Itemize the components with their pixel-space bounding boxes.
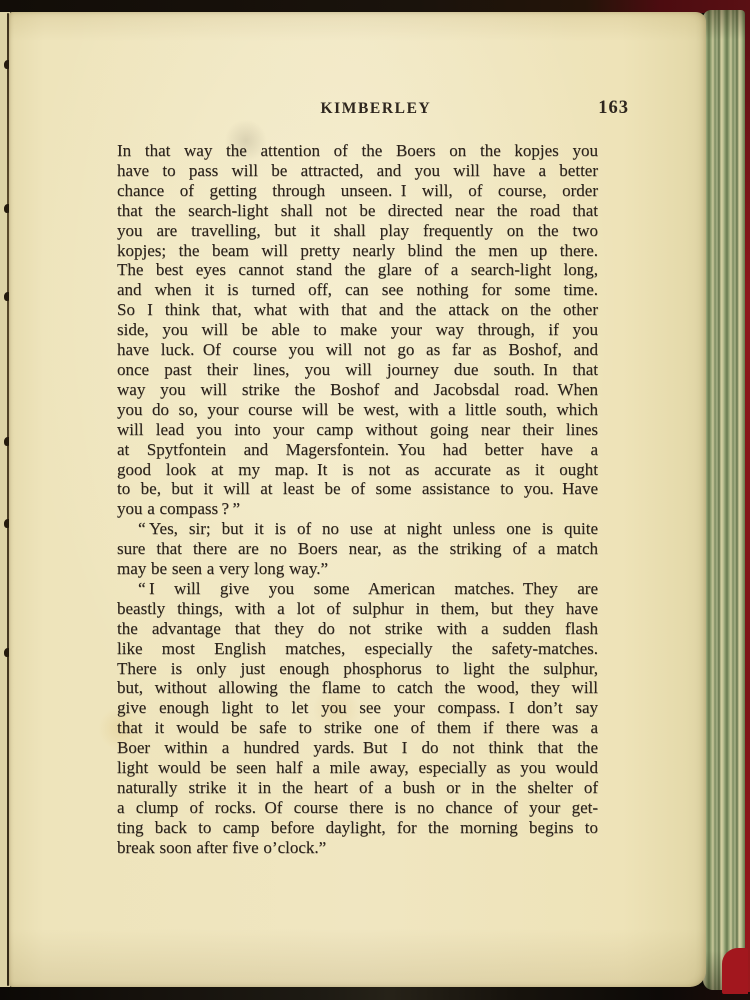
text-line: the advantage that they do not strike wi… [117, 619, 598, 639]
book-scan: { "book": { "header": { "title": "KIMBER… [0, 0, 750, 1000]
text-line: “ Yes, sir; but it is of no use at night… [117, 519, 598, 539]
book-cover-bottom-edge [0, 986, 750, 1000]
text-line: Boer within a hundred yards. But I do no… [117, 738, 598, 758]
text-line: that the search-light shall not be direc… [117, 201, 598, 221]
text-line: have to pass will be attracted, and you … [117, 161, 598, 181]
text-line: The best eyes cannot stand the glare of … [117, 260, 598, 280]
page-number: 163 [598, 98, 629, 119]
text-line: that it would be safe to strike one of t… [117, 718, 598, 738]
text-line: like most English matches, especially th… [117, 639, 598, 659]
text-line: to be, but it will at least be of some a… [117, 479, 598, 499]
text-block: In that way the attention of the Boers o… [117, 141, 598, 858]
text-line: and when it is turned off, can see nothi… [117, 280, 598, 300]
text-line: ting back to camp before daylight, for t… [117, 818, 598, 838]
text-line: kopjes; the beam will pretty nearly blin… [117, 241, 598, 261]
text-line: In that way the attention of the Boers o… [117, 141, 598, 161]
text-line: good look at my map. It is not as accura… [117, 460, 598, 480]
book-cover-corner-red [722, 948, 748, 994]
text-line: may be seen a very long way.” [117, 559, 598, 579]
page-title: KIMBERLEY [320, 100, 431, 118]
text-line: beastly things, with a lot of sulphur in… [117, 599, 598, 619]
text-line: light would be seen half a mile away, es… [117, 758, 598, 778]
text-line: side, you will be able to make your way … [117, 320, 598, 340]
text-line: once past their lines, you will journey … [117, 360, 598, 380]
paragraph: “ I will give you some American matches.… [117, 579, 598, 858]
text-line: So I think that, what with that and the … [117, 300, 598, 320]
text-line: at Spytfontein and Magersfontein. You ha… [117, 440, 598, 460]
text-line: you a compass ? ” [117, 499, 598, 519]
text-line: break soon after five o’clock.” [117, 838, 598, 858]
text-line: you are travelling, but it shall play fr… [117, 221, 598, 241]
text-line: give enough light to let you see your co… [117, 698, 598, 718]
text-line: There is only just enough phosphorus to … [117, 659, 598, 679]
text-line: sure that there are no Boers near, as th… [117, 539, 598, 559]
page-stack-fore-edge [703, 10, 745, 990]
text-line: naturally strike it in the heart of a bu… [117, 778, 598, 798]
text-line: “ I will give you some American matches.… [117, 579, 598, 599]
paragraph: In that way the attention of the Boers o… [117, 141, 598, 519]
running-head: KIMBERLEY 163 [117, 98, 617, 120]
book-page: KIMBERLEY 163 In that way the attention … [9, 12, 706, 987]
text-line: have luck. Of course you will not go as … [117, 340, 598, 360]
text-line: way you will strike the Boshof and Jacob… [117, 380, 598, 400]
text-line: a clump of rocks. Of course there is no … [117, 798, 598, 818]
text-line: chance of getting through unseen. I will… [117, 181, 598, 201]
text-line: you do so, your course will be west, wit… [117, 400, 598, 420]
text-line: but, without allowing the flame to catch… [117, 678, 598, 698]
paragraph: “ Yes, sir; but it is of no use at night… [117, 519, 598, 579]
text-line: will lead you into your camp without goi… [117, 420, 598, 440]
